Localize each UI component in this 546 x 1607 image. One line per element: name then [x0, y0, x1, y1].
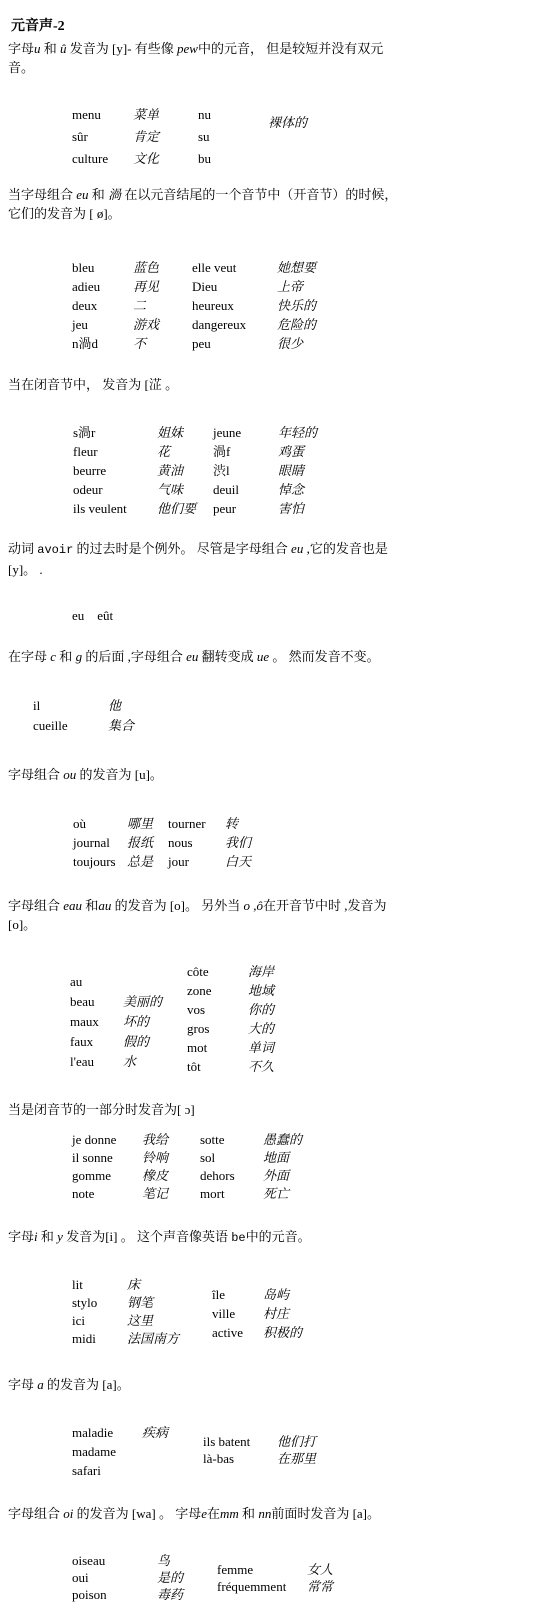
chinese-translation: 哪里 [127, 814, 153, 833]
word-table-eu-right: elle veut她想要Dieu上帝heureux快乐的dangereux危险的… [192, 258, 316, 353]
chinese-translation-nu: 裸体的 [268, 112, 307, 131]
french-word: dehors [200, 1167, 263, 1185]
french-word: il sonne [72, 1149, 142, 1167]
french-word: Dieu [192, 277, 277, 296]
chinese-translation: 铃响 [142, 1149, 168, 1167]
chinese-translation: 这里 [127, 1312, 179, 1330]
french-word: ils batent [203, 1433, 277, 1450]
french-word: ici [72, 1312, 127, 1330]
chinese-translation: 外面 [263, 1167, 302, 1185]
french-word: peu [192, 334, 277, 353]
french-word: sûr [72, 126, 133, 148]
text-segment: 字母 [8, 1229, 34, 1244]
french-word: 渋l [213, 461, 278, 480]
word-table-open-o-left: je donne我给il sonne铃响gomme橡皮note笔记 [72, 1131, 168, 1203]
french-word: lit [72, 1276, 127, 1294]
chinese-translation: 上帝 [277, 277, 316, 296]
word-table-a-right: ils batent他们打là-bas在那里 [203, 1433, 316, 1467]
text-segment: 的发音为 [wa] 。 字母 [73, 1506, 201, 1521]
french-word: toujours [73, 852, 127, 871]
word-table-u-left: menu菜单sûr肯定culture文化 [72, 104, 159, 170]
french-word: 渦f [213, 442, 278, 461]
chinese-translation: 鸡蛋 [278, 442, 317, 461]
chinese-translation: 你的 [248, 1000, 274, 1019]
french-word: s渦r [73, 423, 157, 442]
paragraph-cg-ue: 在字母 c 和 g 的后面 ,字母组合 eu 翻转变成 ue 。 然而发音不变。 [8, 647, 540, 666]
chinese-translation: 不 [133, 334, 159, 353]
chinese-translation: 他们要 [157, 499, 196, 518]
text-segment: 和 [56, 649, 76, 664]
text-segment: be [231, 1231, 245, 1245]
french-word: jeu [72, 315, 133, 334]
french-word: jeune [213, 423, 278, 442]
text-segment: nn [258, 1506, 271, 1521]
french-word: vos [187, 1000, 248, 1019]
chinese-translation: 气味 [157, 480, 196, 499]
french-word: il [33, 696, 108, 716]
chinese-translation [123, 972, 162, 992]
paragraph-closed-o: 当是闭音节的一部分时发音为[ ɔ] [8, 1100, 540, 1119]
french-word: stylo [72, 1294, 127, 1312]
text-segment: 中的元音。 [246, 1229, 311, 1244]
text-segment: 和 [82, 898, 98, 913]
text-segment: eu [291, 541, 303, 556]
french-word: deuil [213, 480, 278, 499]
text-segment: 字母 [8, 1377, 37, 1392]
chinese-translation: 我们 [225, 833, 251, 852]
text-segment: 字母组合 [8, 767, 63, 782]
chinese-translation: 假的 [123, 1032, 162, 1052]
text-segment: 当字母组合 [8, 187, 76, 202]
french-word: active [212, 1323, 263, 1342]
chinese-translation: 蓝色 [133, 258, 159, 277]
chinese-translation: 游戏 [133, 315, 159, 334]
french-word: femme [217, 1561, 307, 1578]
french-word: poison [72, 1586, 157, 1603]
chinese-translation: 他 [108, 696, 134, 716]
word-table-oi-left: oiseau鸟oui是的poison毒药 [72, 1552, 183, 1603]
word-table-a-left: maladie疾病madamesafari [72, 1423, 168, 1480]
french-word: eût [97, 608, 113, 623]
text-segment: 字母组合 [8, 898, 63, 913]
paragraph-i-y: 字母i 和 y 发音为[i] 。 这个声音像英语 be中的元音。 [8, 1227, 540, 1248]
text-segment: pew [177, 41, 198, 56]
paragraph-a: 字母 a 的发音为 [a]。 [8, 1375, 540, 1394]
chinese-translation: 害怕 [278, 499, 317, 518]
paragraph-avoir-exception: 动词 avoir 的过去时是个例外。 尽管是字母组合 eu ,它的发音也是[y]… [8, 539, 540, 579]
word-table-eu-left: bleu蓝色adieu再见deux二jeu游戏n渦d不 [72, 258, 159, 353]
french-word: nu [198, 104, 238, 126]
chinese-translation: 姐妹 [157, 423, 196, 442]
chinese-translation: 单词 [248, 1038, 274, 1057]
french-word: cueille [33, 716, 108, 736]
text-segment: eau [63, 898, 82, 913]
chinese-translation: 很少 [277, 334, 316, 353]
french-word: beau [70, 992, 123, 1012]
french-word: gros [187, 1019, 248, 1038]
french-word: où [73, 814, 127, 833]
french-word: oui [72, 1569, 157, 1586]
text-segment: 。 然而发音不变。 [269, 649, 380, 664]
french-word: bleu [72, 258, 133, 277]
chinese-translation: 年轻的 [278, 423, 317, 442]
chinese-translation: 岛屿 [263, 1285, 302, 1304]
chinese-translation: 死亡 [263, 1185, 302, 1203]
text-segment: eu [186, 649, 198, 664]
french-word: adieu [72, 277, 133, 296]
french-word: sotte [200, 1131, 263, 1149]
chinese-translation: 法国南方 [127, 1330, 179, 1348]
chinese-translation: 美丽的 [123, 992, 162, 1012]
text-segment: 前面时发音为 [a]。 [271, 1506, 380, 1521]
french-word: elle veut [192, 258, 277, 277]
chinese-translation: 肯定 [133, 126, 159, 148]
text-segment: 在字母 [8, 649, 50, 664]
text-segment: 的后面 ,字母组合 [82, 649, 186, 664]
french-word: tourner [168, 814, 225, 833]
chinese-translation: 橡皮 [142, 1167, 168, 1185]
chinese-translation: 危险的 [277, 315, 316, 334]
french-word: culture [72, 148, 133, 170]
french-word: fréquemment [217, 1578, 307, 1595]
word-table-o-left: aubeau美丽的maux坏的faux假的l'eau水 [70, 972, 162, 1072]
text-segment: 发音为 [y]- 有些像 [67, 41, 178, 56]
chinese-translation: 她想要 [277, 258, 316, 277]
text-segment: 的发音为 [o]。 另外当 [111, 898, 243, 913]
word-table-oeu-right: jeune年轻的渦f鸡蛋渋l眼睛deuil悼念peur害怕 [213, 423, 317, 518]
french-word: odeur [73, 480, 157, 499]
french-word: peur [213, 499, 278, 518]
chinese-translation: 我给 [142, 1131, 168, 1149]
text-segment: 音。 [8, 60, 34, 75]
french-word: l'eau [70, 1052, 123, 1072]
french-word: maladie [72, 1423, 142, 1442]
french-word: heureux [192, 296, 277, 315]
french-word: dangereux [192, 315, 277, 334]
french-word: au [70, 972, 123, 992]
french-word: mort [200, 1185, 263, 1203]
chinese-translation: 在那里 [277, 1450, 316, 1467]
french-word: n渦d [72, 334, 133, 353]
french-word: madame [72, 1442, 142, 1461]
text-segment: 在以元音结尾的一个音节中（开音节）的时候， [121, 187, 397, 202]
chinese-translation: 钢笔 [127, 1294, 179, 1312]
text-segment: 当是闭音节的一部分时发音为[ ɔ] [8, 1102, 195, 1117]
chinese-translation [142, 1461, 168, 1480]
chinese-translation: 他们打 [277, 1433, 316, 1450]
word-table-o-right: côte海岸zone地域vos你的gros大的mot单词tôt不久 [187, 962, 274, 1076]
word-table-ou-right: tourner转nous我们jour白天 [168, 814, 251, 871]
paragraph-ou: 字母组合 ou 的发音为 [u]。 [8, 765, 540, 784]
french-word: beurre [73, 461, 157, 480]
chinese-translation [142, 1442, 168, 1461]
word-table-ou-left: où哪里journal报纸toujours总是 [73, 814, 153, 871]
french-word: midi [72, 1330, 127, 1348]
paragraph-eu-open: 当字母组合 eu 和 渦 在以元音结尾的一个音节中（开音节）的时候，它们的发音为… [8, 185, 540, 223]
chinese-translation: 笔记 [142, 1185, 168, 1203]
chinese-translation: 花 [157, 442, 196, 461]
text-segment: 的过去时是个例外。 尽管是字母组合 [73, 541, 291, 556]
word-table-u-right: nusubu [198, 104, 238, 170]
word-table-oeu-left: s渦r姐妹fleur花beurre黄油odeur气味ils veulent他们要 [73, 423, 196, 518]
text-segment: 渦 [108, 187, 121, 202]
french-word: mot [187, 1038, 248, 1057]
chinese-translation: 黄油 [157, 461, 196, 480]
text-segment: ou [63, 767, 76, 782]
french-word: nous [168, 833, 225, 852]
chinese-translation: 大的 [248, 1019, 274, 1038]
french-word: deux [72, 296, 133, 315]
french-word: oiseau [72, 1552, 157, 1569]
french-word: île [212, 1285, 263, 1304]
text-segment: ue [257, 649, 269, 664]
chinese-translation: 地面 [263, 1149, 302, 1167]
chinese-translation: 快乐的 [277, 296, 316, 315]
chinese-translation: 再见 [133, 277, 159, 296]
text-segment: avoir [37, 543, 73, 557]
chinese-translation: 愚蠢的 [263, 1131, 302, 1149]
text-segment: 字母 [8, 41, 34, 56]
chinese-translation: 海岸 [248, 962, 274, 981]
text-segment: 翻转变成 [198, 649, 257, 664]
chinese-translation: 坏的 [123, 1012, 162, 1032]
chinese-translation: 总是 [127, 852, 153, 871]
chinese-translation: 常常 [307, 1578, 333, 1595]
chinese-translation: 水 [123, 1052, 162, 1072]
chinese-translation: 村庄 [263, 1304, 302, 1323]
french-word: safari [72, 1461, 142, 1480]
french-word: gomme [72, 1167, 142, 1185]
text-segment: 发音为[i] 。 这个声音像英语 [63, 1229, 231, 1244]
text-segment: 和 [38, 1229, 58, 1244]
text-segment: ,它的发音也是 [303, 541, 388, 556]
french-word: maux [70, 1012, 123, 1032]
chinese-translation: 转 [225, 814, 251, 833]
paragraph-oi-emm: 字母组合 oi 的发音为 [wa] 。 字母e在mm 和 nn前面时发音为 [a… [8, 1504, 540, 1523]
text-segment: 在开音节中时 ,发音为 [263, 898, 387, 913]
eu-eut-examples: eueût [72, 606, 113, 625]
french-word: là-bas [203, 1450, 277, 1467]
chinese-translation: 积极的 [263, 1323, 302, 1342]
chinese-translation: 床 [127, 1276, 179, 1294]
text-segment: 它们的发音为 [ ø]。 [8, 206, 121, 221]
text-segment: 和 [89, 187, 109, 202]
word-table-cueille: il他cueille集合 [33, 696, 134, 736]
word-table-open-o-right: sotte愚蠢的sol地面dehors外面mort死亡 [200, 1131, 302, 1203]
page-title: 元音声-2 [11, 15, 65, 35]
french-word: bu [198, 148, 238, 170]
french-word: tôt [187, 1057, 248, 1076]
chinese-translation: 毒药 [157, 1586, 183, 1603]
chinese-translation: 菜单 [133, 104, 159, 126]
french-word: fleur [73, 442, 157, 461]
chinese-translation: 集合 [108, 716, 134, 736]
text-segment: 中的元音， 但是较短并没有双元 [198, 41, 383, 56]
text-segment: 在 [207, 1506, 220, 1521]
french-word: je donne [72, 1131, 142, 1149]
chinese-translation: 女人 [307, 1561, 333, 1578]
text-segment: 当在闭音节中， 发音为 [淽 。 [8, 377, 178, 392]
text-segment: 的发音为 [a]。 [44, 1377, 130, 1392]
text-segment: [o]。 [8, 917, 36, 932]
french-word: su [198, 126, 238, 148]
french-word: faux [70, 1032, 123, 1052]
chinese-translation: 悼念 [278, 480, 317, 499]
text-segment: au [98, 898, 111, 913]
paragraph-eu-closed: 当在闭音节中， 发音为 [淽 。 [8, 375, 540, 394]
text-segment: 和 [239, 1506, 259, 1521]
chinese-translation: 眼睛 [278, 461, 317, 480]
french-word: zone [187, 981, 248, 1000]
chinese-translation: 文化 [133, 148, 159, 170]
french-word: ils veulent [73, 499, 157, 518]
text-segment: 动词 [8, 541, 37, 556]
french-word: sol [200, 1149, 263, 1167]
lesson-page: { "title": "元音声-2", "paragraphs": { "p1"… [0, 0, 546, 1607]
text-segment: [y]。 . [8, 562, 43, 577]
french-word: journal [73, 833, 127, 852]
text-segment: eu [76, 187, 88, 202]
french-word: note [72, 1185, 142, 1203]
french-word: jour [168, 852, 225, 871]
word-table-oi-right: femme女人fréquemment常常 [217, 1561, 333, 1595]
paragraph-eau-au: 字母组合 eau 和au 的发音为 [o]。 另外当 o ,ô在开音节中时 ,发… [8, 896, 540, 934]
chinese-translation: 鸟 [157, 1552, 183, 1569]
word-table-i-right: île岛屿ville村庄active积极的 [212, 1285, 302, 1342]
chinese-translation: 地域 [248, 981, 274, 1000]
text-segment: 的发音为 [u]。 [76, 767, 163, 782]
chinese-translation: 不久 [248, 1057, 274, 1076]
french-word: menu [72, 104, 133, 126]
chinese-translation: 报纸 [127, 833, 153, 852]
chinese-translation: 白天 [225, 852, 251, 871]
text-segment: 和 [41, 41, 61, 56]
text-segment: mm [220, 1506, 239, 1521]
french-word: ville [212, 1304, 263, 1323]
chinese-translation: 是的 [157, 1569, 183, 1586]
word-table-i-left: lit床stylo钢笔ici这里midi法国南方 [72, 1276, 179, 1348]
chinese-translation: 疾病 [142, 1423, 168, 1442]
paragraph-u-sound: 字母u 和 û 发音为 [y]- 有些像 pew中的元音， 但是较短并没有双元音… [8, 39, 540, 77]
text-segment: oi [63, 1506, 73, 1521]
chinese-translation: 二 [133, 296, 159, 315]
french-word: eu [72, 608, 84, 623]
french-word: côte [187, 962, 248, 981]
text-segment: 字母组合 [8, 1506, 63, 1521]
